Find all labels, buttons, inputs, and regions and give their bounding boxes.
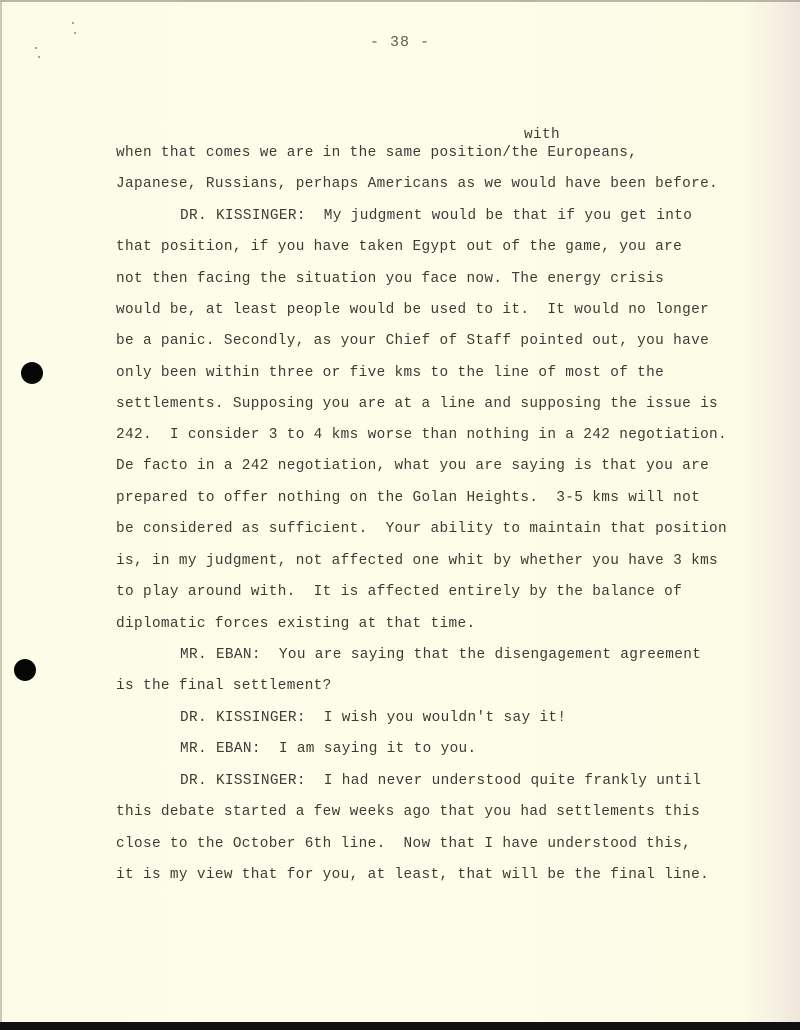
speaker-line: DR. KISSINGER: My judgment would be that…: [180, 207, 692, 225]
document-page: - 38 - with when that comes we are in th…: [0, 0, 800, 1022]
text-line: is, in my judgment, not affected one whi…: [116, 552, 718, 570]
text-line: be a panic. Secondly, as your Chief of S…: [116, 332, 709, 350]
text-line: would be, at least people would be used …: [116, 301, 709, 319]
page-left-edge: [0, 0, 2, 1022]
scan-bottom-border: [0, 1022, 800, 1030]
speaker-line: MR. EBAN: You are saying that the diseng…: [180, 646, 701, 664]
punch-hole: [14, 659, 36, 681]
text-line: Japanese, Russians, perhaps Americans as…: [116, 175, 718, 193]
text-line: this debate started a few weeks ago that…: [116, 803, 700, 821]
text-line: only been within three or five kms to th…: [116, 364, 664, 382]
text-line: prepared to offer nothing on the Golan H…: [116, 489, 700, 507]
text-line: when that comes we are in the same posit…: [116, 144, 637, 162]
speaker-line: DR. KISSINGER: I wish you wouldn't say i…: [180, 709, 566, 727]
speaker-line: DR. KISSINGER: I had never understood qu…: [180, 772, 701, 790]
text-line: diplomatic forces existing at that time.: [116, 615, 475, 633]
speaker-line: MR. EBAN: I am saying it to you.: [180, 740, 477, 758]
text-line: be considered as sufficient. Your abilit…: [116, 520, 727, 538]
text-line: settlements. Supposing you are at a line…: [116, 395, 718, 413]
text-line: that position, if you have taken Egypt o…: [116, 238, 682, 256]
paper-speck: [72, 22, 74, 24]
punch-hole: [21, 362, 43, 384]
text-line: it is my view that for you, at least, th…: [116, 866, 709, 884]
text-line: De facto in a 242 negotiation, what you …: [116, 457, 709, 475]
handwritten-insertion: with: [524, 127, 560, 143]
text-line: not then facing the situation you face n…: [116, 270, 664, 288]
page-top-edge: [0, 0, 800, 2]
text-line: close to the October 6th line. Now that …: [116, 835, 691, 853]
text-line: 242. I consider 3 to 4 kms worse than no…: [116, 426, 727, 444]
paper-speck: [38, 56, 40, 58]
text-line: to play around with. It is affected enti…: [116, 583, 682, 601]
page-number: - 38 -: [0, 34, 800, 51]
text-line: is the final settlement?: [116, 677, 332, 695]
